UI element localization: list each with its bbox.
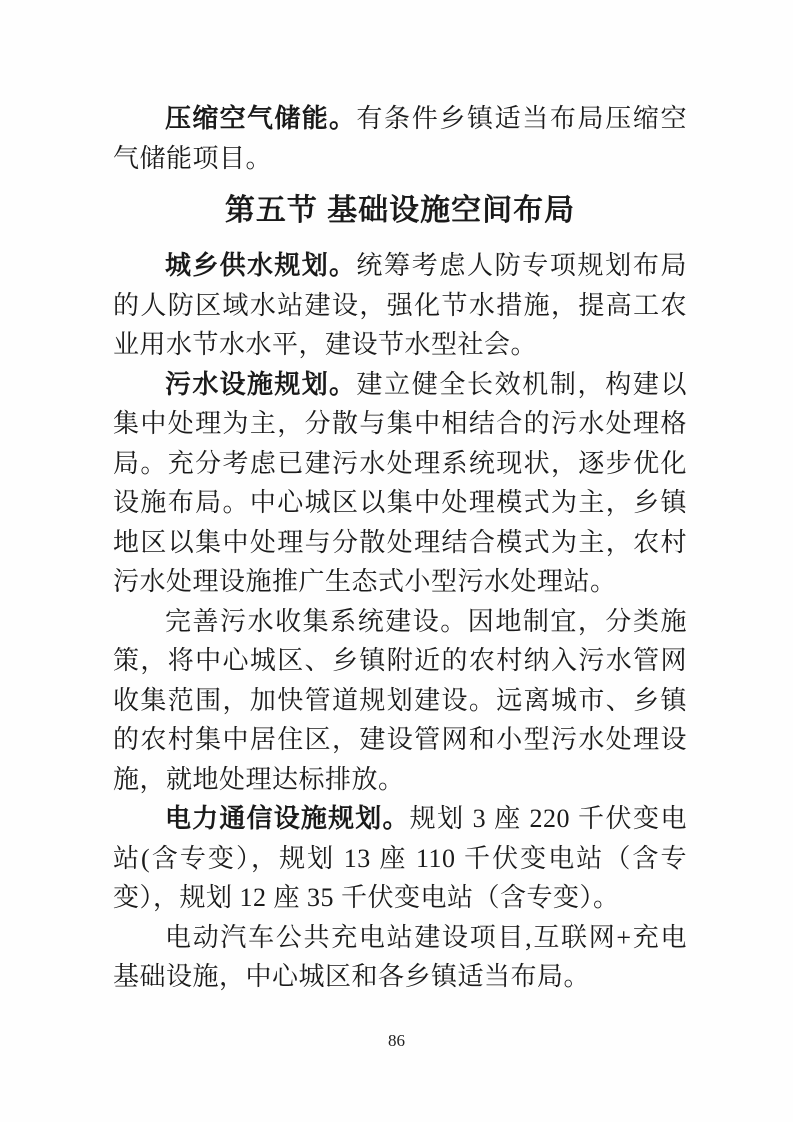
- page-number: 86: [0, 1031, 793, 1051]
- paragraph-text: 电动汽车公共充电站建设项目,互联网+充电基础设施，中心城区和各乡镇适当布局。: [113, 923, 687, 992]
- document-body: 压缩空气储能。有条件乡镇适当布局压缩空气储能项目。第五节 基础设施空间布局城乡供…: [113, 99, 687, 997]
- paragraph-text: 完善污水收集系统建设。因地制宜，分类施策，将中心城区、乡镇附近的农村纳入污水管网…: [113, 607, 687, 794]
- paragraph: 电力通信设施规划。规划 3 座 220 千伏变电站(含专变），规划 13 座 1…: [113, 799, 687, 918]
- paragraph: 污水设施规划。建立健全长效机制，构建以集中处理为主，分散与集中相结合的污水处理格…: [113, 365, 687, 602]
- paragraph-lead: 电力通信设施规划。: [165, 803, 410, 833]
- section-heading: 第五节 基础设施空间布局: [113, 191, 687, 231]
- document-page: 压缩空气储能。有条件乡镇适当布局压缩空气储能项目。第五节 基础设施空间布局城乡供…: [0, 0, 793, 1122]
- paragraph-text: 建立健全长效机制，构建以集中处理为主，分散与集中相结合的污水处理格局。充分考虑已…: [113, 370, 687, 597]
- paragraph: 压缩空气储能。有条件乡镇适当布局压缩空气储能项目。: [113, 99, 687, 178]
- paragraph-lead: 污水设施规划。: [165, 369, 356, 399]
- paragraph: 电动汽车公共充电站建设项目,互联网+充电基础设施，中心城区和各乡镇适当布局。: [113, 918, 687, 997]
- paragraph: 城乡供水规划。统筹考虑人防专项规划布局的人防区域水站建设，强化节水措施，提高工农…: [113, 246, 687, 365]
- paragraph-lead: 压缩空气储能。: [165, 103, 356, 133]
- paragraph: 完善污水收集系统建设。因地制宜，分类施策，将中心城区、乡镇附近的农村纳入污水管网…: [113, 602, 687, 800]
- paragraph-lead: 城乡供水规划。: [165, 250, 356, 280]
